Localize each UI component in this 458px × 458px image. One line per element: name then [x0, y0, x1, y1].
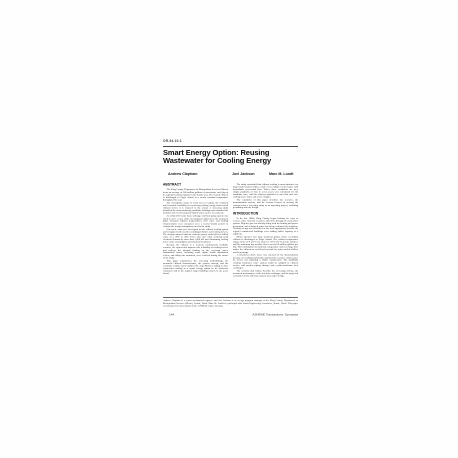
author-name-2: Joel Jackson — [232, 172, 255, 176]
right-column-text: The study concluded that effluent coolin… — [233, 183, 298, 277]
introduction-paragraph: A downtown office tower was selected for… — [233, 254, 298, 269]
paper-code-text: OR-94-10-1 — [163, 139, 182, 143]
abstract-heading: ABSTRACT — [163, 183, 228, 187]
abstract-continuation-paragraph: The remainder of this paper describes th… — [233, 199, 298, 209]
page-number: 144 — [169, 313, 174, 316]
introduction-paragraph: The sections that follow describe the sc… — [233, 270, 298, 278]
author-row: Andrew Clapham Joel Jackson Marc M. Lund… — [163, 172, 298, 178]
page-footer: 144 ASHRAE Transactions: Symposia — [163, 313, 298, 319]
author-footnote-text: Andrew Clapham is a senior mechanical en… — [163, 299, 298, 307]
abstract-paragraph: An effluent-to-water heat exchanger and … — [163, 215, 228, 228]
scanned-paper-page: OR-94-10-1 Smart Energy Option: Reusing … — [0, 0, 458, 458]
paper-title: Smart Energy Option: Reusing Wastewater … — [163, 149, 298, 165]
introduction-paragraph: Metro operates two large treatment plant… — [233, 236, 298, 254]
abstract-paragraph: Life-cycle costs were developed for the … — [163, 228, 228, 243]
abstract-paragraph: This paper summarizes the screening meth… — [163, 260, 228, 275]
author-footnote: Andrew Clapham is a senior mechanical en… — [163, 299, 298, 311]
journal-name: ASHRAE Transactions: Symposia — [252, 313, 298, 316]
left-column-text: ABSTRACT The King County Department of M… — [163, 183, 228, 275]
introduction-heading: INTRODUCTION — [233, 212, 298, 216]
abstract-paragraph: The consultants' scope of work was to ev… — [163, 202, 228, 215]
paper-code: OR-94-10-1 — [163, 139, 210, 144]
header-rule — [163, 146, 298, 147]
two-column-body: ABSTRACT The King County Department of M… — [163, 183, 298, 293]
left-column: ABSTRACT The King County Department of M… — [163, 183, 229, 293]
abstract-paragraph: Because the effluent is a secured, conti… — [163, 244, 228, 259]
abstract-continuation-paragraph: The study concluded that effluent coolin… — [233, 183, 298, 198]
right-column: The study concluded that effluent coolin… — [233, 183, 299, 293]
author-name-3: Marc M. Lundt — [269, 172, 293, 176]
footnote-rule — [163, 297, 298, 298]
author-name-1: Andrew Clapham — [168, 172, 197, 176]
paper-title-line2: Wastewater for Cooling Energy — [163, 157, 298, 165]
introduction-paragraph: In the late 1980s, King County began loo… — [233, 217, 298, 235]
abstract-paragraph: The King County Department of Metropolit… — [163, 188, 228, 201]
